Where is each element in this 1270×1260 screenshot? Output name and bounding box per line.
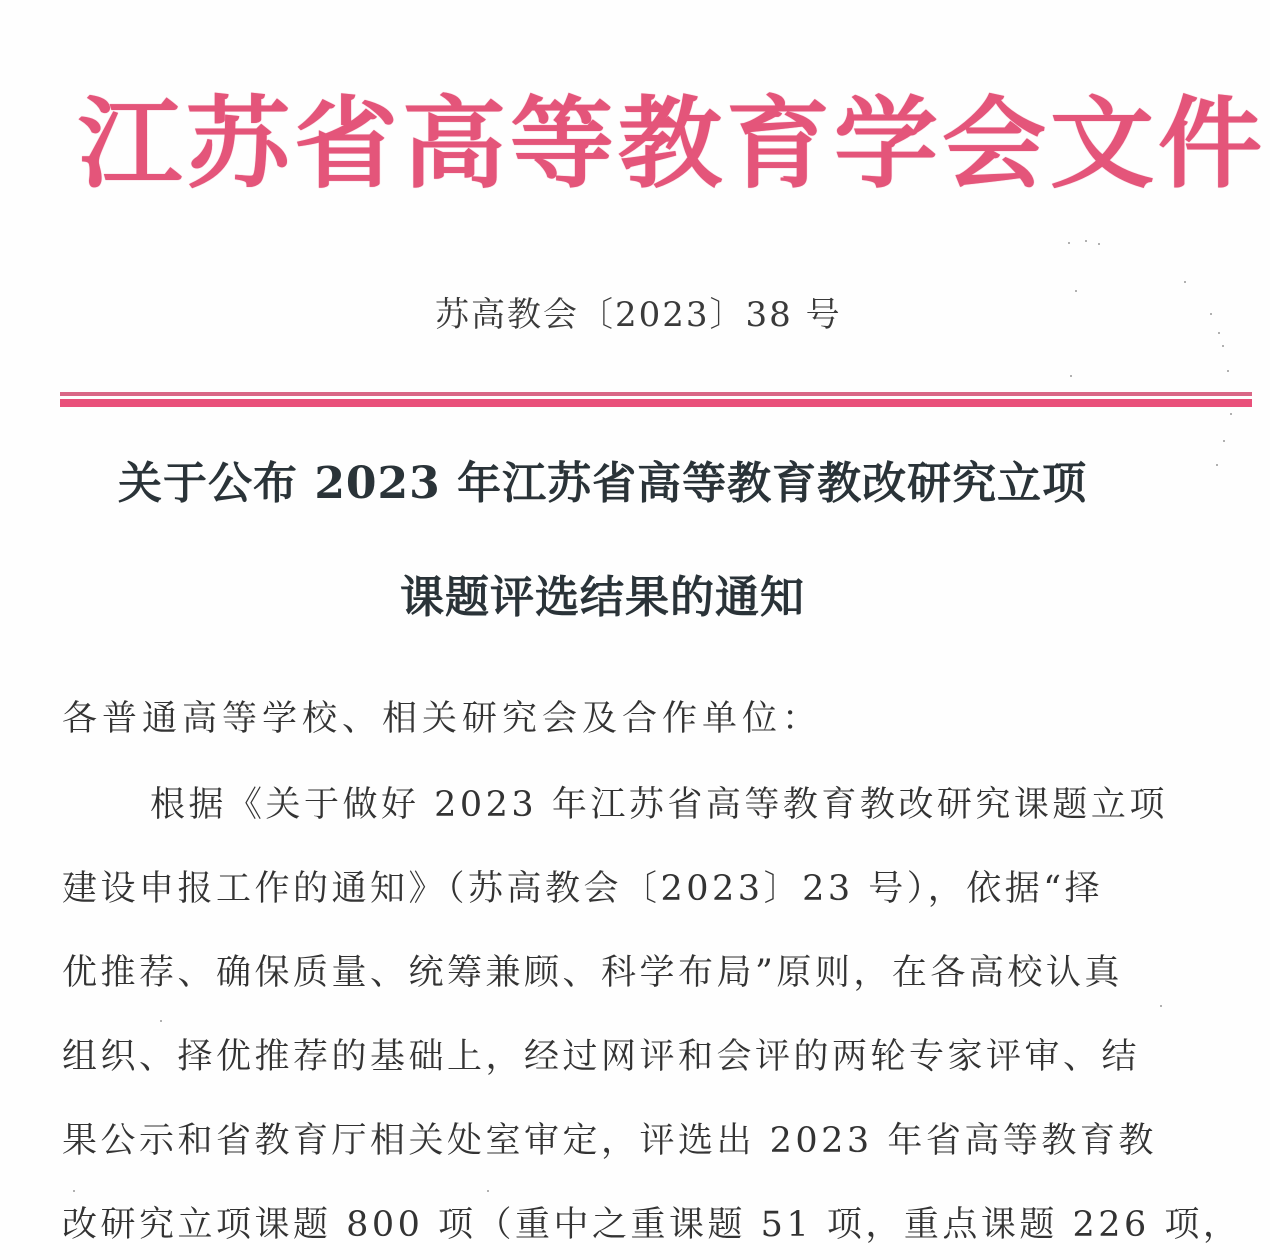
body-line: 优推荐、确保质量、统筹兼顾、科学布局”原则，在各高校认真: [62, 950, 1123, 996]
masthead-title: 江苏省高等教育学会文件: [78, 82, 1198, 206]
red-rule-thick-line: [60, 399, 1252, 407]
document-number: 苏高教会〔2023〕38 号: [435, 293, 842, 337]
notice-title-line-2: 课题评选结果的通知: [400, 570, 805, 626]
body-line: 组织、择优推荐的基础上，经过网评和会评的两轮专家评审、结: [62, 1034, 1140, 1080]
red-rule-thin-line: [60, 392, 1252, 396]
body-line: 建设申报工作的通知》（苏高教会〔2023〕23 号），依据“择: [62, 866, 1103, 912]
salutation: 各普通高等学校、相关研究会及合作单位：: [62, 696, 822, 742]
notice-title-line-1: 关于公布 2023 年江苏省高等教育教改研究立项: [118, 456, 1087, 512]
red-divider-rule: [60, 392, 1252, 408]
document-page: 江苏省高等教育学会文件 苏高教会〔2023〕38 号 关于公布 2023 年江苏…: [0, 0, 1270, 1260]
body-line: 根据《关于做好 2023 年江苏省高等教育教改研究课题立项: [150, 782, 1168, 828]
body-line: 改研究立项课题 800 项（重中之重课题 51 项，重点课题 226 项，: [62, 1202, 1241, 1248]
body-line: 果公示和省教育厅相关处室审定，评选出 2023 年省高等教育教: [62, 1118, 1157, 1164]
